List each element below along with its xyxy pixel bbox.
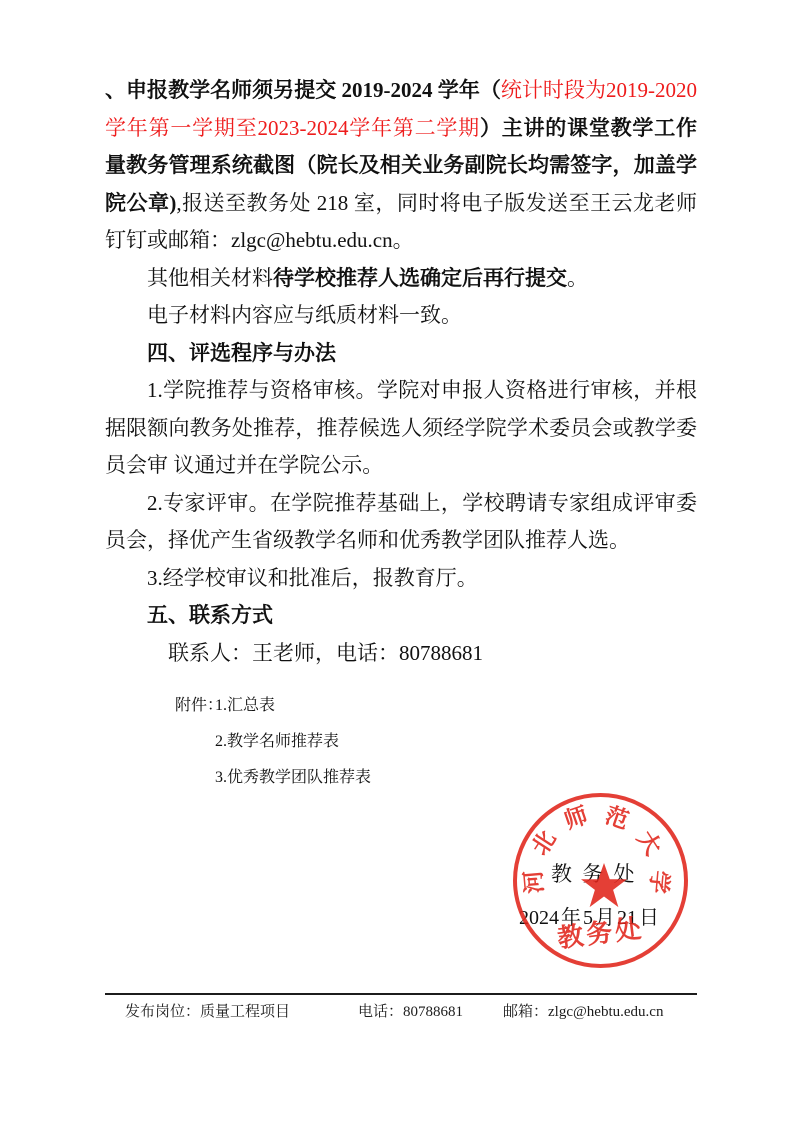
paragraph-electronic-materials: 电子材料内容应与纸质材料一致。 — [105, 297, 697, 335]
seal-bottom-label: 教务处 — [515, 903, 685, 960]
attachments-block: 附件：1.汇总表 2.教学名师推荐表 3.优秀教学团队推荐表 — [175, 688, 371, 796]
attachment-item: 附件：1.汇总表 — [175, 688, 371, 724]
footer-phone: 电话：80788681 — [358, 1000, 463, 1021]
paragraph-contact: 联系人：王老师，电话：80788681 — [105, 635, 697, 673]
attachment-item: 2.教学名师推荐表 — [175, 724, 371, 760]
paragraph-submission-requirements: 、申报教学名师须另提交 2019-2024 学年（统计时段为2019-2020学… — [105, 72, 697, 260]
paragraph-step-1: 1.学院推荐与资格审核。学院对申报人资格进行审核，并根据限额向教务处推荐，推荐候… — [105, 372, 697, 485]
seal-arc-char: 范 — [602, 803, 631, 832]
text-segment: 。 — [567, 266, 588, 290]
document-page: 、申报教学名师须另提交 2019-2024 学年（统计时段为2019-2020学… — [0, 0, 800, 1131]
attachments-label: 附件： — [175, 688, 215, 724]
footer-publisher-value: 质量工程项目 — [200, 1004, 290, 1020]
paragraph-other-materials: 其他相关材料待学校推荐人选确定后再行提交。 — [105, 260, 697, 298]
text-segment-bold: 、申报教学名师须另提交 2019-2024 学年（ — [105, 78, 501, 102]
attachment-item: 3.优秀教学团队推荐表 — [175, 760, 371, 796]
star-icon — [580, 863, 628, 909]
document-body: 、申报教学名师须另提交 2019-2024 学年（统计时段为2019-2020学… — [105, 72, 697, 672]
section-heading-4: 四、评选程序与办法 — [105, 335, 697, 373]
attachment-item-text: 1.汇总表 — [215, 697, 275, 714]
footer-publisher-label: 发布岗位： — [125, 1004, 200, 1020]
footer-phone-value: 80788681 — [403, 1004, 463, 1020]
footer-email-label: 邮箱： — [503, 1004, 548, 1020]
seal-arc-char: 学 — [647, 870, 672, 895]
paragraph-step-2: 2.专家评审。在学院推荐基础上，学校聘请专家组成评审委员会，择优产生省级教学名师… — [105, 485, 697, 560]
page-footer: 发布岗位：质量工程项目 电话：80788681 邮箱：zlgc@hebtu.ed… — [0, 1000, 800, 1024]
seal-arc-char: 北 — [528, 827, 560, 859]
footer-publisher: 发布岗位：质量工程项目 — [125, 1000, 290, 1021]
text-segment-bold: 待学校推荐人选确定后再行提交 — [273, 266, 567, 290]
text-segment: 其他相关材料 — [147, 266, 273, 290]
footer-divider — [105, 993, 697, 995]
footer-email: 邮箱：zlgc@hebtu.edu.cn — [503, 1000, 663, 1021]
seal-arc-char: 大 — [633, 827, 665, 859]
seal-arc-char: 河 — [522, 870, 547, 895]
official-seal: 河 北 师 范 大 学 教务处 — [513, 793, 688, 968]
paragraph-step-3: 3.经学校审议和批准后，报教育厅。 — [105, 560, 697, 598]
seal-arc-char: 师 — [561, 803, 590, 832]
footer-phone-label: 电话： — [358, 1004, 403, 1020]
section-heading-5: 五、联系方式 — [105, 597, 697, 635]
footer-email-value: zlgc@hebtu.edu.cn — [548, 1004, 663, 1020]
text-segment: ,报送至教务处 218 室，同时将电子版发送至王云龙老师钉钉或邮箱：zlgc@h… — [105, 191, 697, 253]
